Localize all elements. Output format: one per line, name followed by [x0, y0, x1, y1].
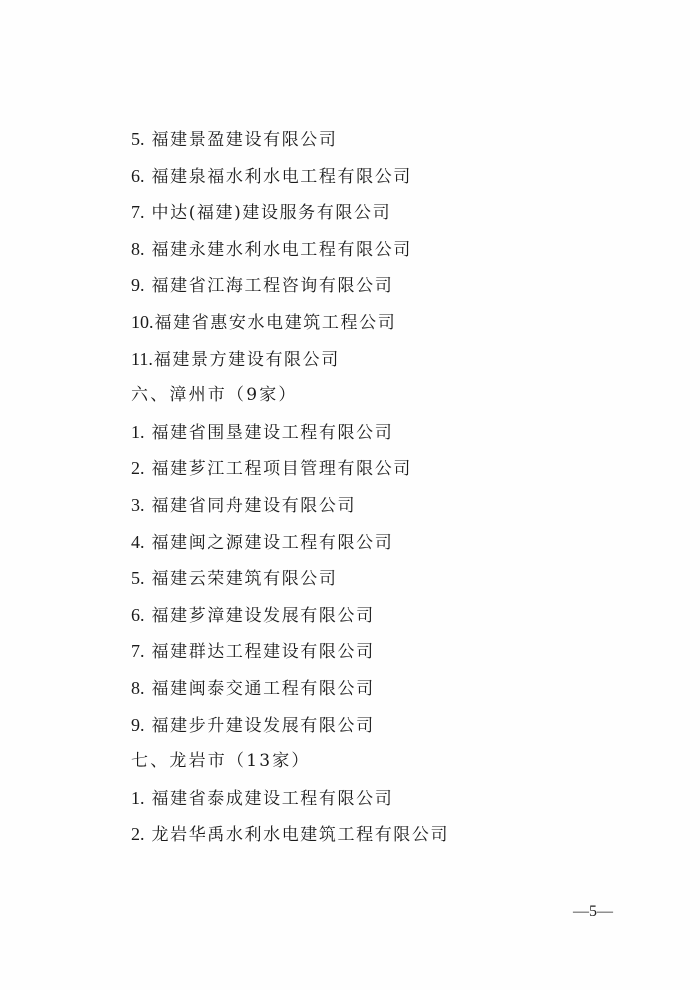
item-number: 5. — [131, 560, 145, 597]
list-item: 5.福建云荣建筑有限公司 — [131, 560, 449, 597]
company-name: 福建芗漳建设发展有限公司 — [152, 606, 375, 626]
company-name: 福建景盈建设有限公司 — [152, 130, 338, 150]
section-heading-longyan: 七、龙岩市（13家） — [131, 743, 449, 780]
list-item: 5.福建景盈建设有限公司 — [131, 121, 449, 158]
item-number: 8. — [131, 231, 145, 268]
list-item: 2.龙岩华禹水利水电建筑工程有限公司 — [131, 816, 449, 853]
item-number: 2. — [131, 816, 145, 853]
item-number: 6. — [131, 158, 145, 195]
company-name: 福建芗江工程项目管理有限公司 — [152, 459, 412, 479]
list-item: 8.福建闽泰交通工程有限公司 — [131, 670, 449, 707]
item-number: 2. — [131, 450, 145, 487]
list-item: 1.福建省围垦建设工程有限公司 — [131, 414, 449, 451]
item-number: 7. — [131, 194, 145, 231]
company-name: 龙岩华禹水利水电建筑工程有限公司 — [152, 825, 450, 845]
item-number: 4. — [131, 524, 145, 561]
item-number: 6. — [131, 597, 145, 634]
list-item: 7.中达(福建)建设服务有限公司 — [131, 194, 449, 231]
company-name: 福建永建水利水电工程有限公司 — [152, 240, 412, 260]
document-page: 5.福建景盈建设有限公司 6.福建泉福水利水电工程有限公司 7.中达(福建)建设… — [0, 0, 700, 990]
list-item: 11.福建景方建设有限公司 — [131, 341, 449, 378]
item-number: 3. — [131, 487, 145, 524]
list-item: 4.福建闽之源建设工程有限公司 — [131, 524, 449, 561]
company-name: 福建闽之源建设工程有限公司 — [152, 533, 394, 553]
item-number: 1. — [131, 414, 145, 451]
company-name: 福建云荣建筑有限公司 — [152, 569, 338, 589]
company-name: 中达(福建)建设服务有限公司 — [152, 203, 392, 223]
item-number: 5. — [131, 121, 145, 158]
company-name: 福建省江海工程咨询有限公司 — [152, 276, 394, 296]
item-number: 11. — [131, 341, 153, 378]
item-number: 10. — [131, 304, 154, 341]
list-item: 9.福建步升建设发展有限公司 — [131, 707, 449, 744]
item-number: 7. — [131, 633, 145, 670]
list-item: 8.福建永建水利水电工程有限公司 — [131, 231, 449, 268]
item-number: 8. — [131, 670, 145, 707]
company-name: 福建步升建设发展有限公司 — [152, 716, 375, 736]
list-item: 1.福建省泰成建设工程有限公司 — [131, 780, 449, 817]
list-item: 10.福建省惠安水电建筑工程公司 — [131, 304, 449, 341]
company-name: 福建省泰成建设工程有限公司 — [152, 789, 394, 809]
section-heading-zhangzhou: 六、漳州市（9家） — [131, 377, 449, 414]
item-number: 9. — [131, 707, 145, 744]
company-name: 福建景方建设有限公司 — [154, 350, 340, 370]
list-item: 3.福建省同舟建设有限公司 — [131, 487, 449, 524]
company-name: 福建群达工程建设有限公司 — [152, 642, 375, 662]
list-item: 2.福建芗江工程项目管理有限公司 — [131, 450, 449, 487]
list-item: 6.福建泉福水利水电工程有限公司 — [131, 158, 449, 195]
company-name: 福建省同舟建设有限公司 — [152, 496, 357, 516]
company-name: 福建泉福水利水电工程有限公司 — [152, 167, 412, 187]
company-name: 福建省围垦建设工程有限公司 — [152, 423, 394, 443]
company-list: 5.福建景盈建设有限公司 6.福建泉福水利水电工程有限公司 7.中达(福建)建设… — [131, 121, 449, 853]
page-number: —5— — [573, 903, 613, 921]
item-number: 1. — [131, 780, 145, 817]
list-item: 9.福建省江海工程咨询有限公司 — [131, 267, 449, 304]
company-name: 福建闽泰交通工程有限公司 — [152, 679, 375, 699]
list-item: 7.福建群达工程建设有限公司 — [131, 633, 449, 670]
company-name: 福建省惠安水电建筑工程公司 — [155, 313, 397, 333]
item-number: 9. — [131, 267, 145, 304]
list-item: 6.福建芗漳建设发展有限公司 — [131, 597, 449, 634]
